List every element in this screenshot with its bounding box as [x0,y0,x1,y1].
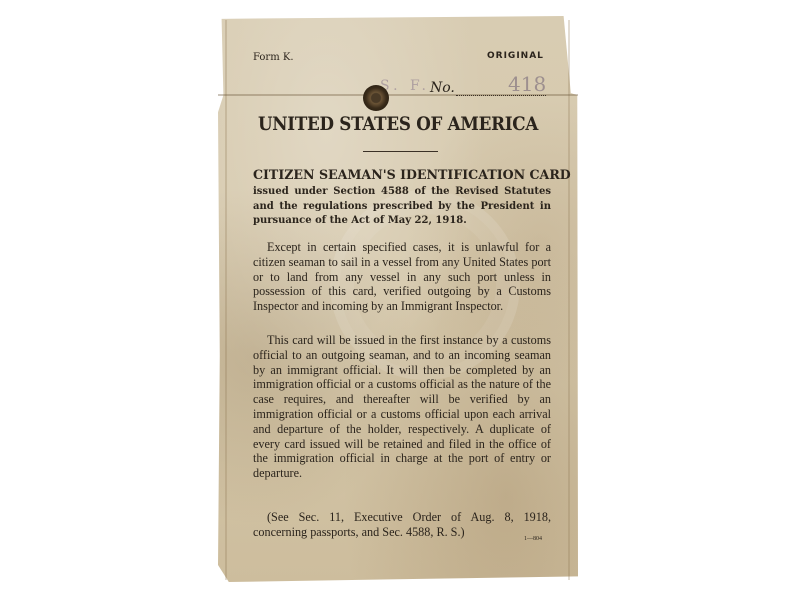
grommet-icon [363,85,389,111]
print-code: 1—804 [524,536,542,542]
number-value: 418 [508,72,546,96]
document-title: UNITED STATES OF AMERICA [240,113,557,135]
number-label: No. [430,80,455,96]
paper-crease-right [568,20,570,580]
paragraph-unlawful: Except in certain specified cases, it is… [253,240,551,314]
issued-under-text: issued under Section 4588 of the Revised… [253,185,551,229]
document-subtitle: CITIZEN SEAMAN'S IDENTIFICATION CARD [253,168,544,183]
paragraph-reference: (See Sec. 11, Executive Order of Aug. 8,… [253,510,551,540]
paragraph-issuance: This card will be issued in the first in… [253,333,551,481]
copy-label: ORIGINAL [487,51,544,61]
form-label: Form K. [253,52,294,63]
paper-crease-left [225,20,227,580]
title-rule [363,151,438,152]
